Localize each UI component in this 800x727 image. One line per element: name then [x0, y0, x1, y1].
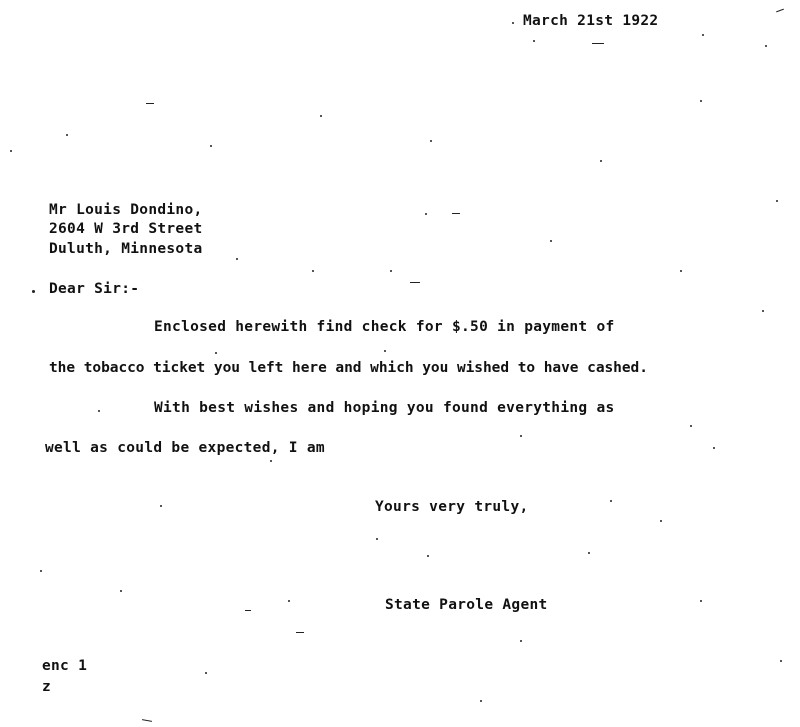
letter-page: March 21st 1922 Mr Louis Dondino, 2604 W… — [0, 0, 800, 727]
recipient-city: Duluth, Minnesota — [49, 242, 203, 257]
body-paragraph-2-line-2: well as could be expected, I am — [45, 441, 325, 456]
closing: Yours very truly, — [375, 500, 529, 515]
salutation: Dear Sir:- — [49, 282, 139, 297]
enclosure-note: enc 1 — [42, 659, 87, 674]
body-paragraph-2-line-1: With best wishes and hoping you found ev… — [154, 401, 615, 416]
body-paragraph-1-line-1: Enclosed herewith find check for $.50 in… — [154, 320, 615, 335]
body-paragraph-1-line-2: the tobacco ticket you left here and whi… — [49, 361, 648, 376]
signature-title: State Parole Agent — [385, 598, 548, 613]
letter-date: March 21st 1922 — [523, 14, 658, 29]
recipient-name: Mr Louis Dondino, — [49, 203, 203, 218]
recipient-street: 2604 W 3rd Street — [49, 222, 203, 237]
typist-initial: z — [42, 680, 51, 695]
